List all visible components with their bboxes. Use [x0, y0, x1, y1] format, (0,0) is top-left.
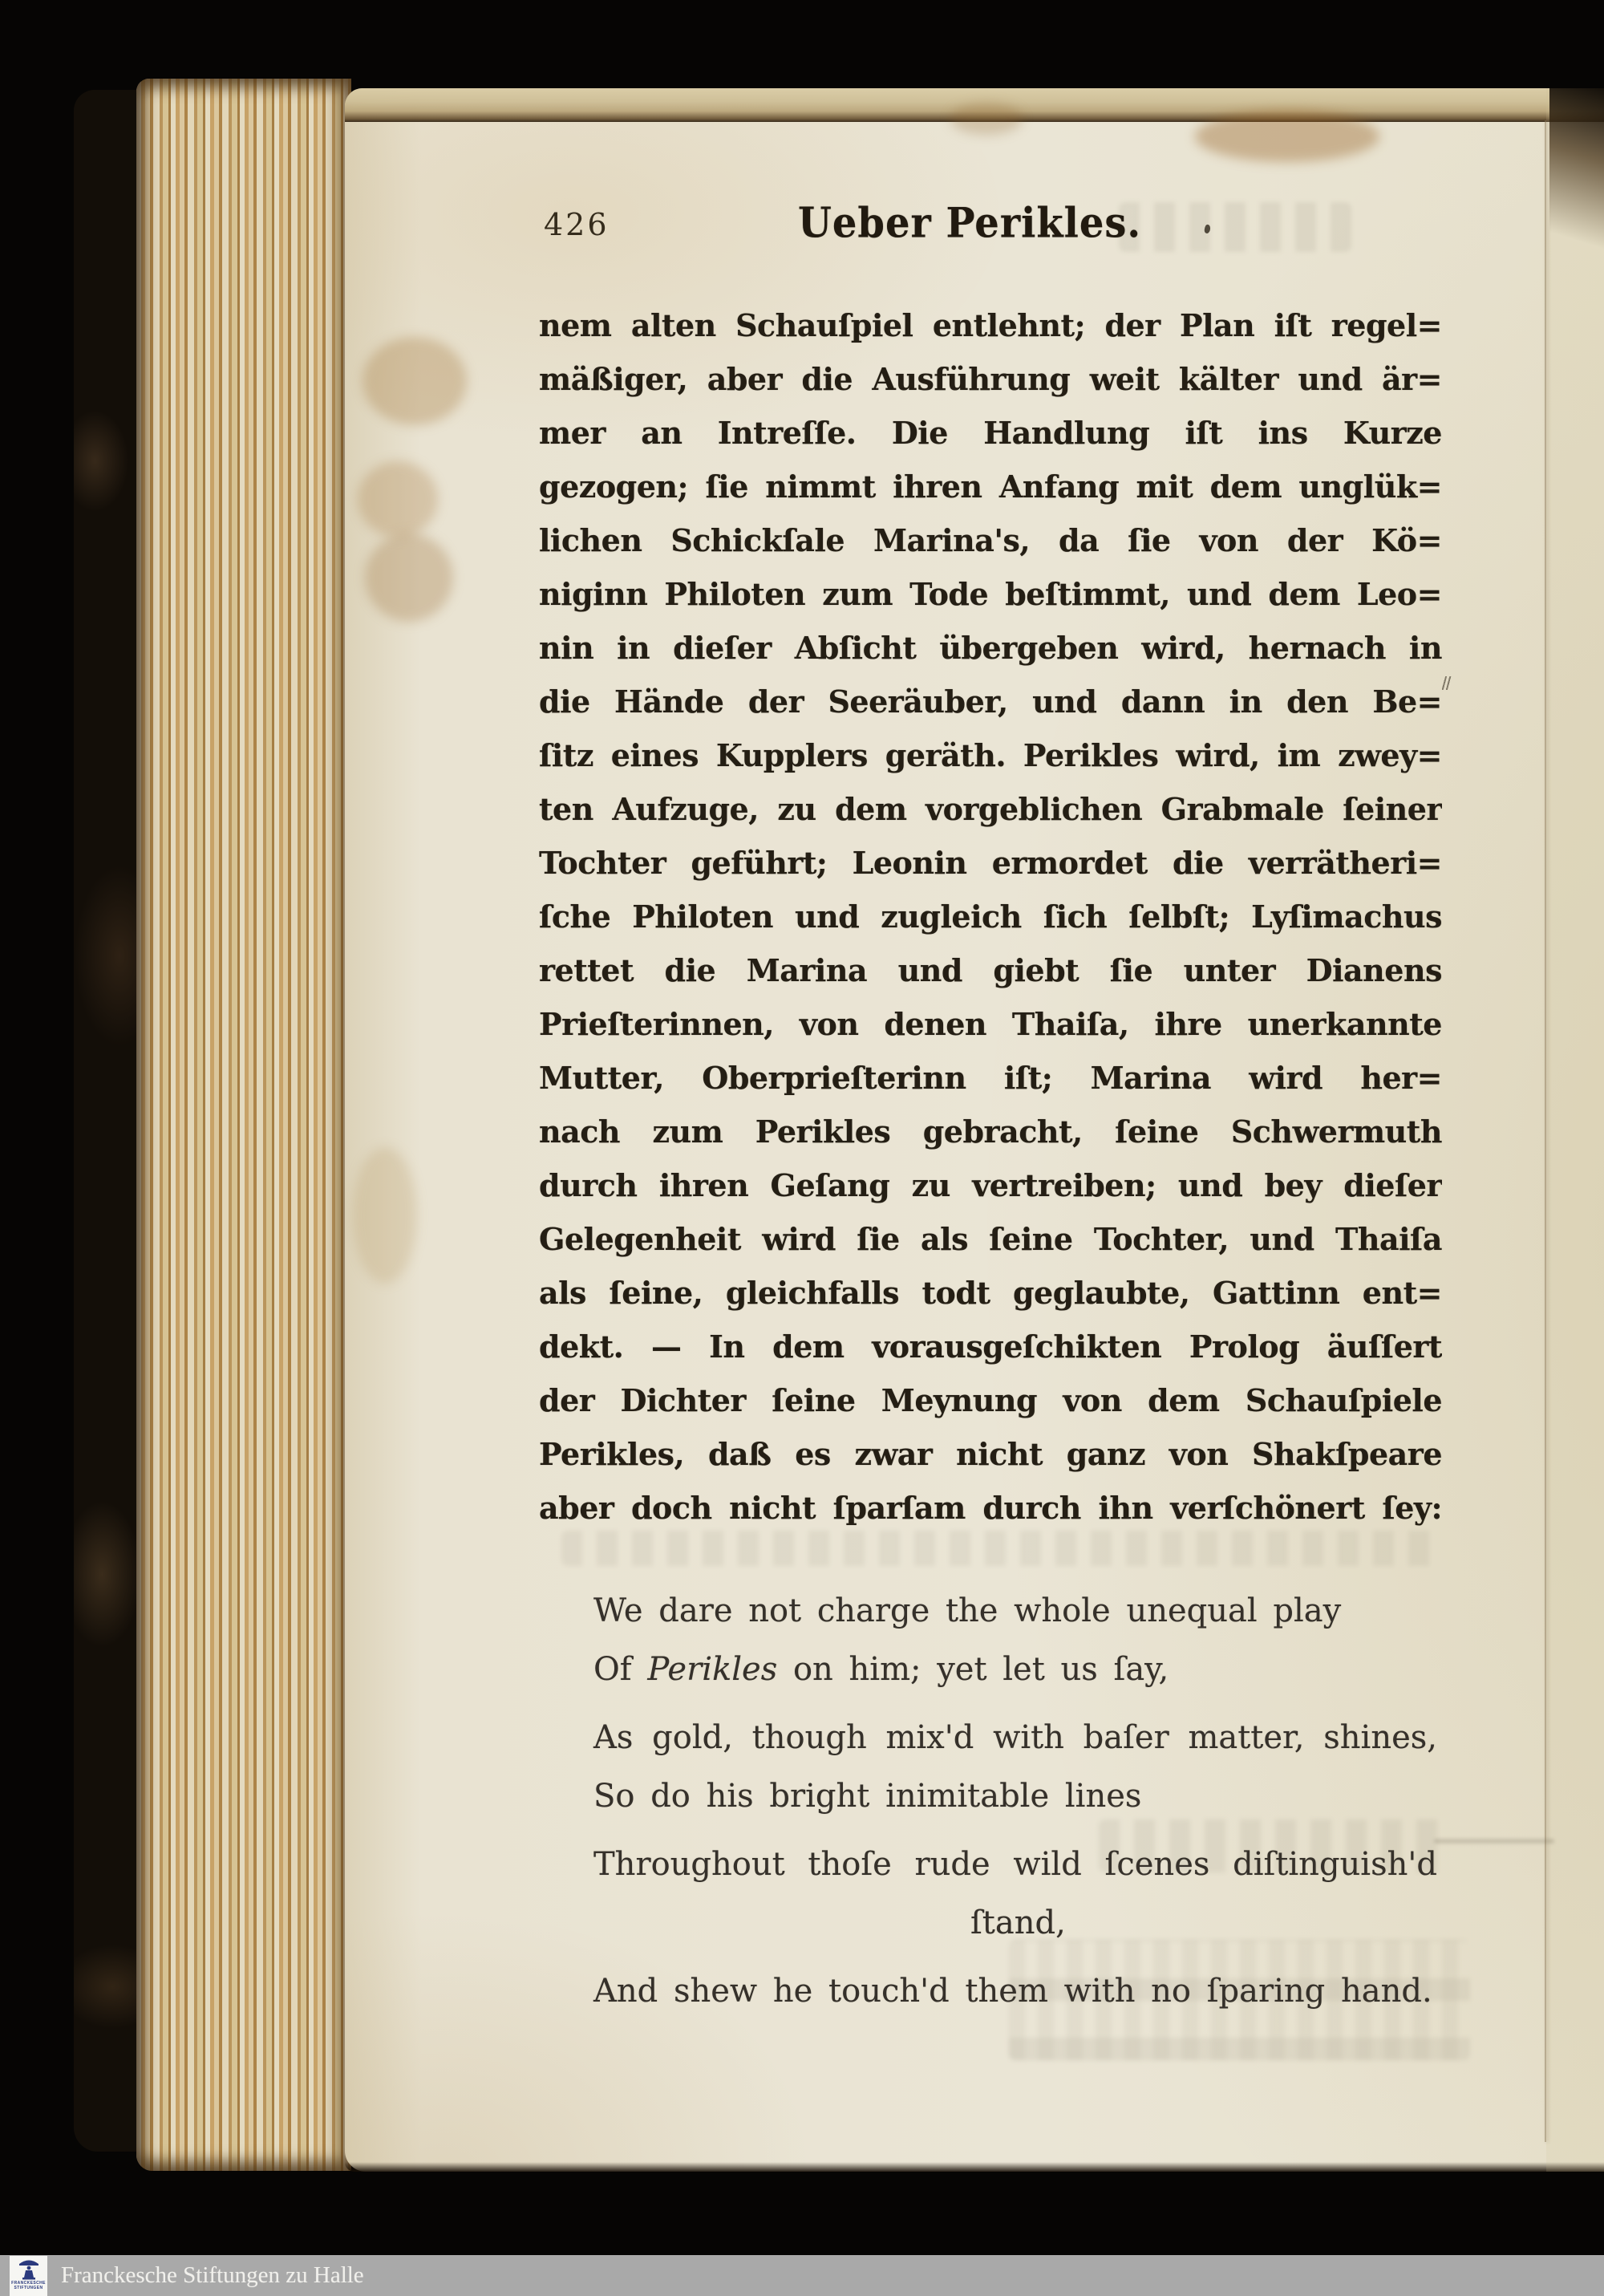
stain [365, 533, 453, 622]
franckesche-stiftungen-logo: FRANCKESCHE STIFTUNGEN [10, 2256, 47, 2296]
poem-line: Of Perikles on him; yet let us ſay, [593, 1641, 1437, 1699]
text-line: Gelegenheit wird ſie als ſeine Tochter, … [539, 1212, 1442, 1266]
text-line: mäßiger, aber die Ausführung weit kälter… [539, 352, 1442, 406]
ink-speck [1442, 676, 1454, 690]
poem-line: We dare not charge the whole unequal pla… [593, 1582, 1437, 1641]
text-line: niginn Philoten zum Tode beſtimmt, und d… [539, 567, 1442, 621]
body-text: nem alten Schauſpiel entlehnt; der Plan … [539, 298, 1442, 1535]
poem-line-continuation: ſtand, [593, 1894, 1437, 1953]
text-line: Perikles, daß es zwar nicht ganz von Sha… [539, 1427, 1442, 1481]
book-cover-edge [74, 90, 144, 2152]
page-fold-area [1546, 88, 1604, 2172]
ghost-bleedthrough [561, 1531, 1436, 1566]
text-line: mer an Intreſſe. Die Handlung iſt ins Ku… [539, 406, 1442, 460]
poem-line-part: Of [593, 1651, 647, 1688]
ghost-bleedthrough [1434, 1839, 1554, 1844]
poem-line: As gold, though mix'd with baſer matter,… [593, 1709, 1437, 1767]
institution-name: Franckesche Stiftungen zu Halle [61, 2262, 364, 2289]
page-number: 426 [544, 207, 610, 242]
text-line: Tochter geführt; Leonin ermordet die ver… [539, 836, 1442, 890]
poem-line: And shew he touch'd them with no ſparing… [593, 1962, 1437, 2021]
text-line: durch ihren Geſang zu vertreiben; und be… [539, 1158, 1442, 1212]
scanned-book-page: 426 Ueber Perikles. nem alten Schauſpiel… [0, 0, 1604, 2296]
running-header: Ueber Perikles. [798, 199, 1141, 247]
text-line: aber doch nicht ſparſam durch ihn verſch… [539, 1481, 1442, 1535]
poem-line: Throughout thoſe rude wild ſcenes diſtin… [593, 1836, 1437, 1894]
poem-quotation: We dare not charge the whole unequal pla… [593, 1582, 1437, 2021]
stain [353, 1147, 417, 1284]
stain [363, 337, 467, 425]
text-line: die Hände der Seeräuber, und dann in den… [539, 675, 1442, 728]
logo-text-line: STIFTUNGEN [11, 2286, 46, 2290]
text-line: nach zum Perikles gebracht, ſeine Schwer… [539, 1105, 1442, 1158]
ghost-bleedthrough [1119, 202, 1351, 252]
logo-text: FRANCKESCHE STIFTUNGEN [11, 2281, 46, 2290]
stacked-page-edges [136, 79, 351, 2171]
text-line: Prieſterinnen, von denen Thaiſa, ihre un… [539, 997, 1442, 1051]
text-line: ſitz eines Kupplers geräth. Perikles wir… [539, 728, 1442, 782]
stain [358, 461, 438, 537]
text-line: nin in dieſer Abſicht übergeben wird, he… [539, 621, 1442, 675]
text-line: der Dichter ſeine Meynung von dem Schauſ… [539, 1373, 1442, 1427]
watermark-bar: FRANCKESCHE STIFTUNGEN Franckesche Stift… [0, 2255, 1604, 2296]
poem-line-part: on him; yet let us ſay, [777, 1651, 1169, 1688]
poem-line: So do his bright inimitable lines [593, 1767, 1437, 1826]
text-line: als ſeine, gleichfalls todt geglaubte, G… [539, 1266, 1442, 1320]
text-line: ſche Philoten und zugleich ſich ſelbſt; … [539, 890, 1442, 943]
poem-line-italic: Perikles [647, 1651, 777, 1688]
top-right-shadow [1549, 88, 1604, 289]
text-line: Mutter, Oberprieſterinn iſt; Marina wird… [539, 1051, 1442, 1105]
stain [1195, 111, 1379, 162]
text-line: gezogen; ſie nimmt ihren Anfang mit dem … [539, 460, 1442, 513]
text-line: dekt. — In dem vorausgeſchikten Prolog ä… [539, 1320, 1442, 1373]
text-line: rettet die Marina und giebt ſie unter Di… [539, 943, 1442, 997]
text-line: nem alten Schauſpiel entlehnt; der Plan … [539, 298, 1442, 352]
statue-logo-icon [18, 2258, 39, 2281]
text-line: lichen Schickſale Marina's, da ſie von d… [539, 513, 1442, 567]
stain [950, 103, 1023, 135]
text-line: ten Aufzuge, zu dem vorgeblichen Grabmal… [539, 782, 1442, 836]
